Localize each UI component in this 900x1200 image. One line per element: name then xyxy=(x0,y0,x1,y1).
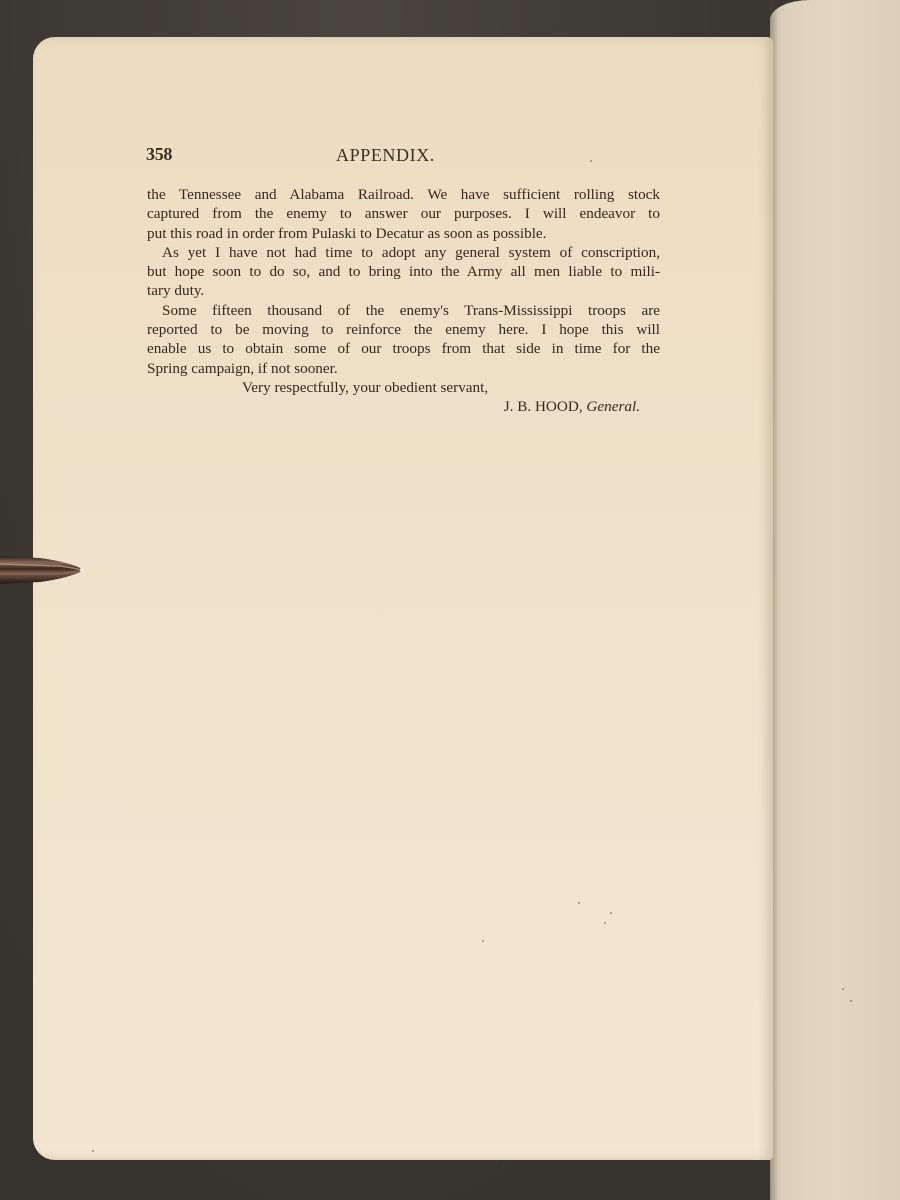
text-line: As yet I have not had time to adopt any … xyxy=(147,243,660,262)
signature-title: General. xyxy=(586,398,640,415)
text-line: captured from the enemy to answer our pu… xyxy=(147,204,660,223)
text-line: Some fifteen thousand of the enemy's Tra… xyxy=(147,301,660,320)
text-line: reported to be moving to reinforce the e… xyxy=(147,320,660,339)
text-line: put this road in order from Pulaski to D… xyxy=(147,224,660,243)
paragraph-3: Some fifteen thousand of the enemy's Tra… xyxy=(147,301,660,378)
letter-signature: J. B. HOOD, General. xyxy=(147,397,660,416)
text-line: the Tennessee and Alabama Railroad. We h… xyxy=(147,185,660,204)
letter-closing: Very respectfully, your obedient servant… xyxy=(147,378,660,397)
paragraph-2: As yet I have not had time to adopt any … xyxy=(147,243,660,301)
running-head: APPENDIX. xyxy=(336,145,435,166)
letter-body: the Tennessee and Alabama Railroad. We h… xyxy=(147,185,660,417)
page-header: 358 APPENDIX. xyxy=(146,144,662,170)
text-line: tary duty. xyxy=(147,281,660,300)
text-line: enable us to obtain some of our troops f… xyxy=(147,339,660,358)
signature-name: J. B. HOOD, xyxy=(504,398,587,415)
page-number: 358 xyxy=(146,144,172,165)
text-line: but hope soon to do so, and to bring int… xyxy=(147,262,660,281)
pen-pointer-icon xyxy=(0,552,86,588)
facing-page-edge xyxy=(770,0,900,1200)
paragraph-1: the Tennessee and Alabama Railroad. We h… xyxy=(147,185,660,243)
text-line: Spring campaign, if not sooner. xyxy=(147,359,660,378)
